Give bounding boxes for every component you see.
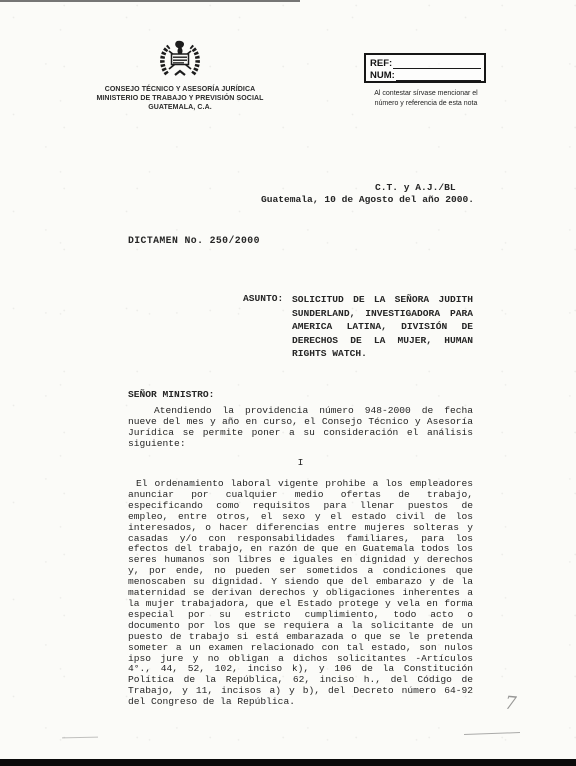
ref-blank-line (393, 58, 481, 69)
guatemala-coat-of-arms-icon (158, 40, 202, 80)
intro-paragraph: Atendiendo la providencia número 948-200… (128, 405, 473, 449)
org-name-line2: MINISTERIO DE TRABAJO Y PREVISIÓN SOCIAL (74, 95, 286, 104)
subject-text: SOLICITUD DE LA SEÑORA JUDITH SUNDERLAND… (292, 293, 473, 361)
ref-label: REF: (370, 59, 392, 69)
scanned-document-page: CONSEJO TÉCNICO Y ASESORÍA JURÍDICA MINI… (0, 0, 576, 766)
pen-dash-mark-left (62, 737, 98, 739)
reference-note-line2: número y referencia de esta nota (352, 99, 500, 109)
num-label: NUM: (370, 71, 395, 81)
document-number: DICTAMEN No. 250/2000 (128, 235, 260, 246)
reference-stamp-box: REF: NUM: (364, 53, 486, 83)
reference-note: Al contestar sírvase mencionar el número… (352, 89, 500, 108)
section-numeral: I (128, 457, 473, 468)
date-line: Guatemala, 10 de Agosto del año 2000. (261, 194, 474, 205)
pen-dash-mark-right (464, 732, 520, 735)
letterhead: CONSEJO TÉCNICO Y ASESORÍA JURÍDICA MINI… (74, 40, 286, 112)
scan-edge-top (0, 0, 300, 2)
salutation: SEÑOR MINISTRO: (128, 389, 214, 400)
ref-field: REF: (370, 57, 481, 69)
reference-note-line1: Al contestar sírvase mencionar el (352, 89, 500, 99)
num-blank-line (396, 70, 481, 81)
org-location-line: GUATEMALA, C.A. (74, 104, 286, 113)
scan-edge-bottom (0, 759, 576, 766)
num-field: NUM: (370, 69, 481, 81)
subject-label: ASUNTO: (243, 293, 283, 304)
org-name-line1: CONSEJO TÉCNICO Y ASESORÍA JURÍDICA (74, 86, 286, 95)
handwritten-page-mark: 7 (504, 693, 517, 715)
file-code: C.T. y A.J./BL (375, 182, 456, 193)
body-paragraph: El ordenamiento laboral vigente prohibe … (128, 479, 473, 708)
